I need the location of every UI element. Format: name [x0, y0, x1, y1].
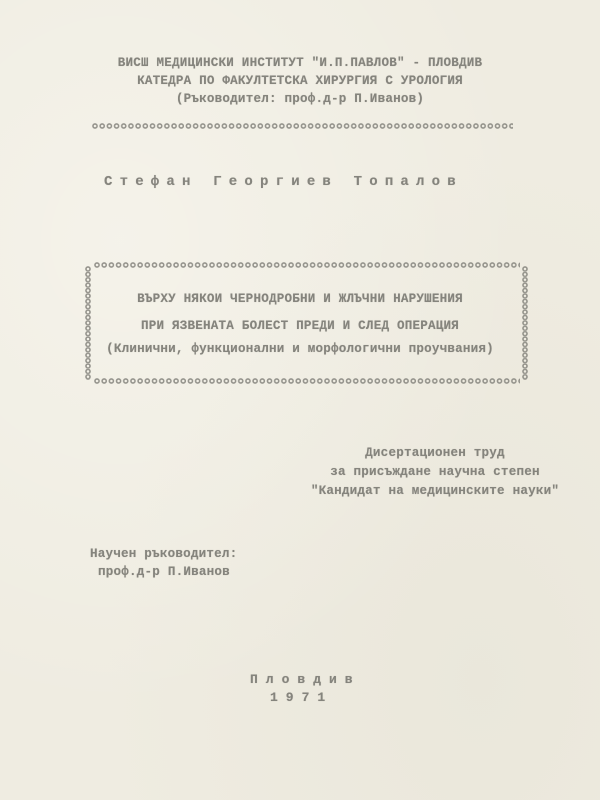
supervisor-label: Научен ръководител:	[90, 547, 237, 561]
title-box-bottom-border	[94, 378, 520, 384]
thesis-type: Дисертационен труд	[290, 446, 580, 460]
thesis-degree: "Кандидат на медицинските науки"	[290, 484, 580, 498]
department-head: (Ръководител: проф.д-р П.Иванов)	[0, 92, 600, 106]
publication-year: 1971	[270, 690, 333, 705]
supervisor-name: проф.д-р П.Иванов	[98, 565, 230, 579]
header-separator	[92, 123, 513, 129]
publication-place: Пловдив	[250, 672, 361, 687]
title-box-top-border	[94, 262, 520, 268]
thesis-purpose: за присъждане научна степен	[290, 465, 580, 479]
thesis-title-subtitle: (Клинични, функционални и морфологични п…	[0, 342, 600, 356]
department-name: КАТЕДРА ПО ФАКУЛТЕТСКА ХИРУРГИЯ С УРОЛОГ…	[0, 74, 600, 88]
thesis-title-line-2: ПРИ ЯЗВЕНАТА БОЛЕСТ ПРЕДИ И СЛЕД ОПЕРАЦИ…	[0, 319, 600, 333]
thesis-title-line-1: ВЪРХУ НЯКОИ ЧЕРНОДРОБНИ И ЖЛЪЧНИ НАРУШЕН…	[0, 292, 600, 306]
author-name: Стефан Георгиев Топалов	[104, 174, 463, 190]
institute-name: ВИСШ МЕДИЦИНСКИ ИНСТИТУТ "И.П.ПАВЛОВ" - …	[0, 56, 600, 70]
